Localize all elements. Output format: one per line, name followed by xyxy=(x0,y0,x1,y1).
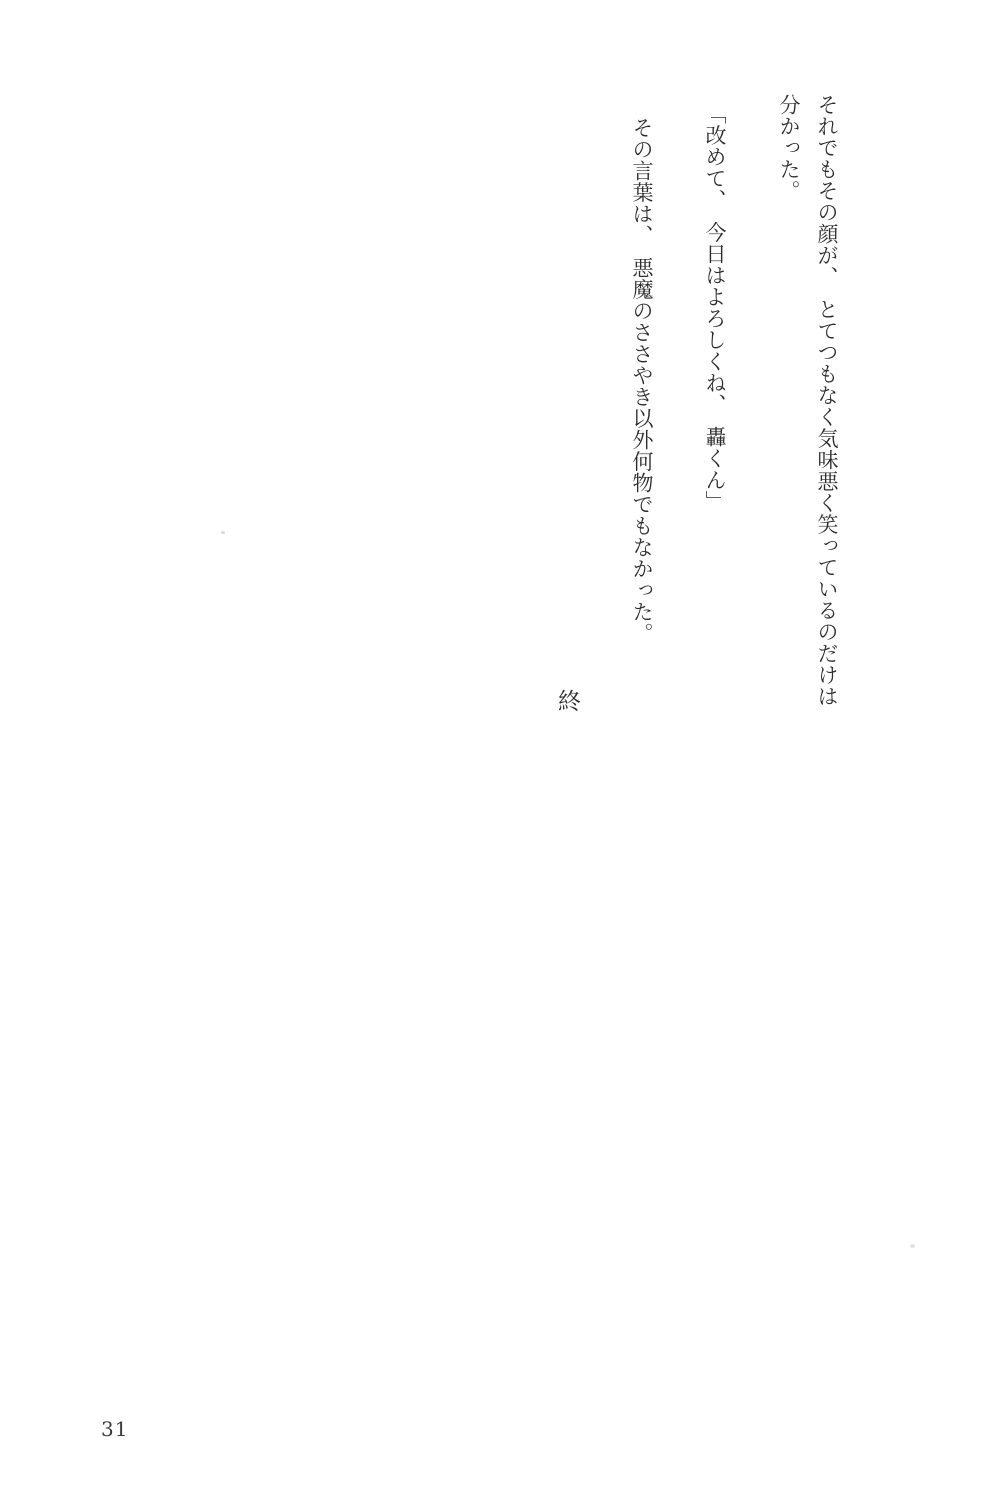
vertical-text-line-1: それでもその顔が、 とてつもなく気味悪く笑っているのだけは xyxy=(816,94,838,707)
vertical-text-line-4: その言葉は、 悪魔のささやき以外何物でもなかった。 xyxy=(631,117,653,644)
scan-speck xyxy=(221,531,225,534)
story-end-mark: 終 xyxy=(554,689,580,712)
book-page: それでもその顔が、 とてつもなく気味悪く笑っているのだけは 分かった。 「改めて… xyxy=(0,0,1000,1497)
vertical-text-line-2: 分かった。 xyxy=(778,94,800,202)
scan-speck xyxy=(910,1244,915,1248)
vertical-text-line-3: 「改めて、 今日はよろしくね、 轟くん」 xyxy=(704,103,726,512)
page-number: 31 xyxy=(101,1417,128,1441)
